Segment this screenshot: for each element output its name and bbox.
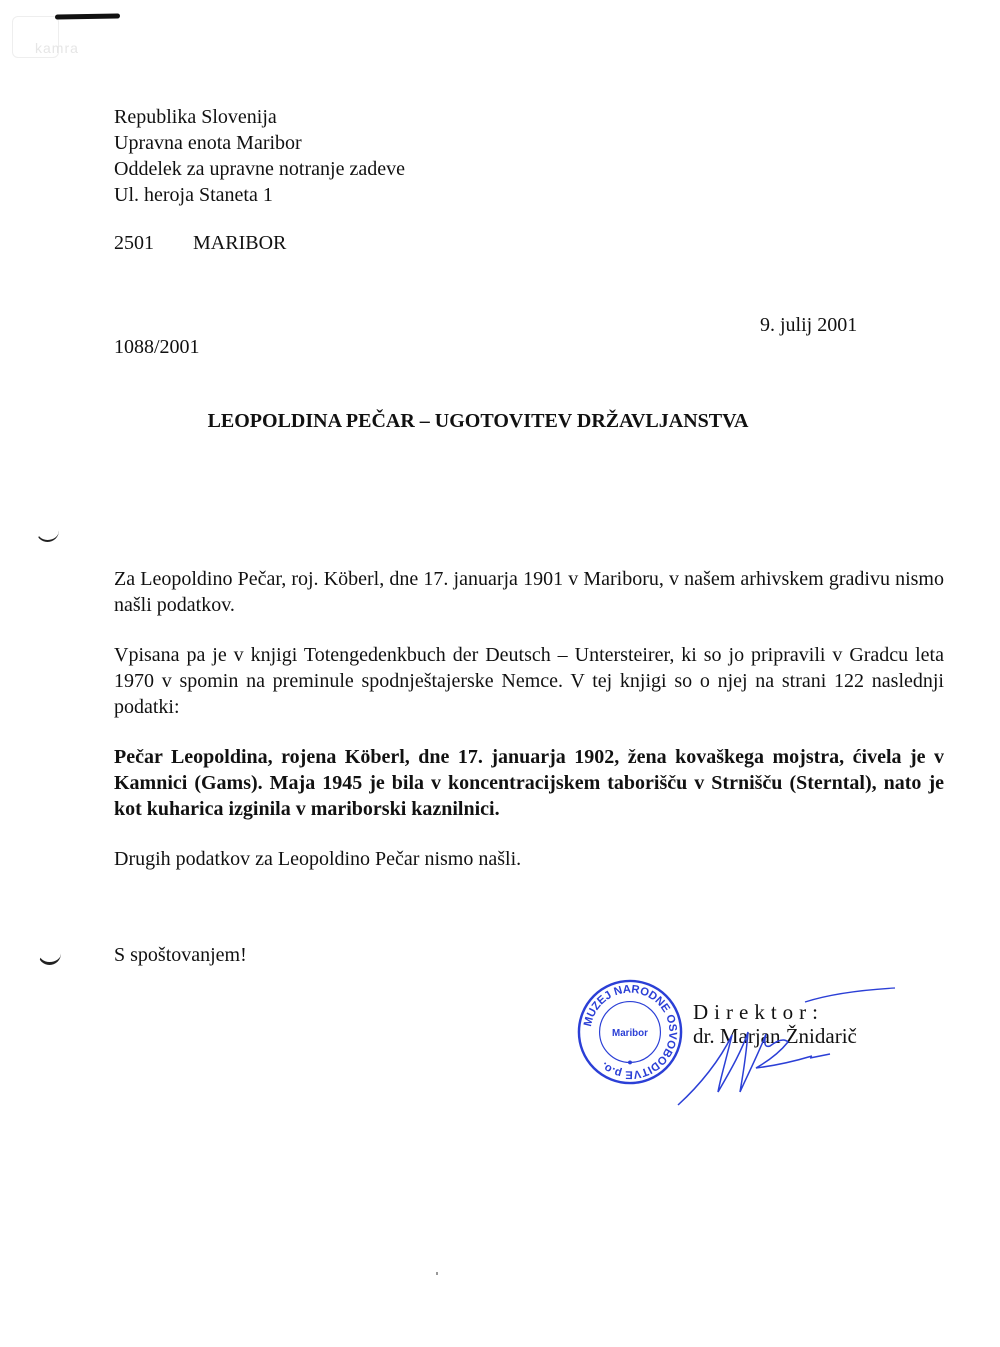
sender-address: Republika Slovenija Upravna enota Maribo… [114,104,405,208]
body-paragraph: Drugih podatkov za Leopoldino Pečar nism… [114,846,944,872]
sender-line: Upravna enota Maribor [114,130,405,156]
body-paragraph: Vpisana pa je v knjigi Totengedenkbuch d… [114,642,944,720]
svg-text:Maribor: Maribor [612,1028,648,1039]
watermark-text: kamra [35,40,79,56]
reference-number: 1088/2001 [114,336,200,359]
quoted-record: Pečar Leopoldina, rojena Köberl, dne 17.… [114,744,944,822]
check-mark [38,952,61,965]
document-title: LEOPOLDINA PEČAR – UGOTOVITEV DRŽAVLJANS… [0,410,956,433]
scan-speck [436,1272,438,1275]
pen-mark [55,13,120,19]
check-mark [36,530,59,542]
sender-line: Republika Slovenija [114,104,405,130]
sender-line: Ul. heroja Staneta 1 [114,182,405,208]
closing-salutation: S spoštovanjem! [114,944,247,967]
postal-line: 2501 MARIBOR [114,232,286,255]
body-paragraph: Za Leopoldino Pečar, roj. Köberl, dne 17… [114,566,944,618]
document-date: 9. julij 2001 [760,314,857,337]
sender-line: Oddelek za upravne notranje zadeve [114,156,405,182]
handwritten-signature [660,980,900,1110]
